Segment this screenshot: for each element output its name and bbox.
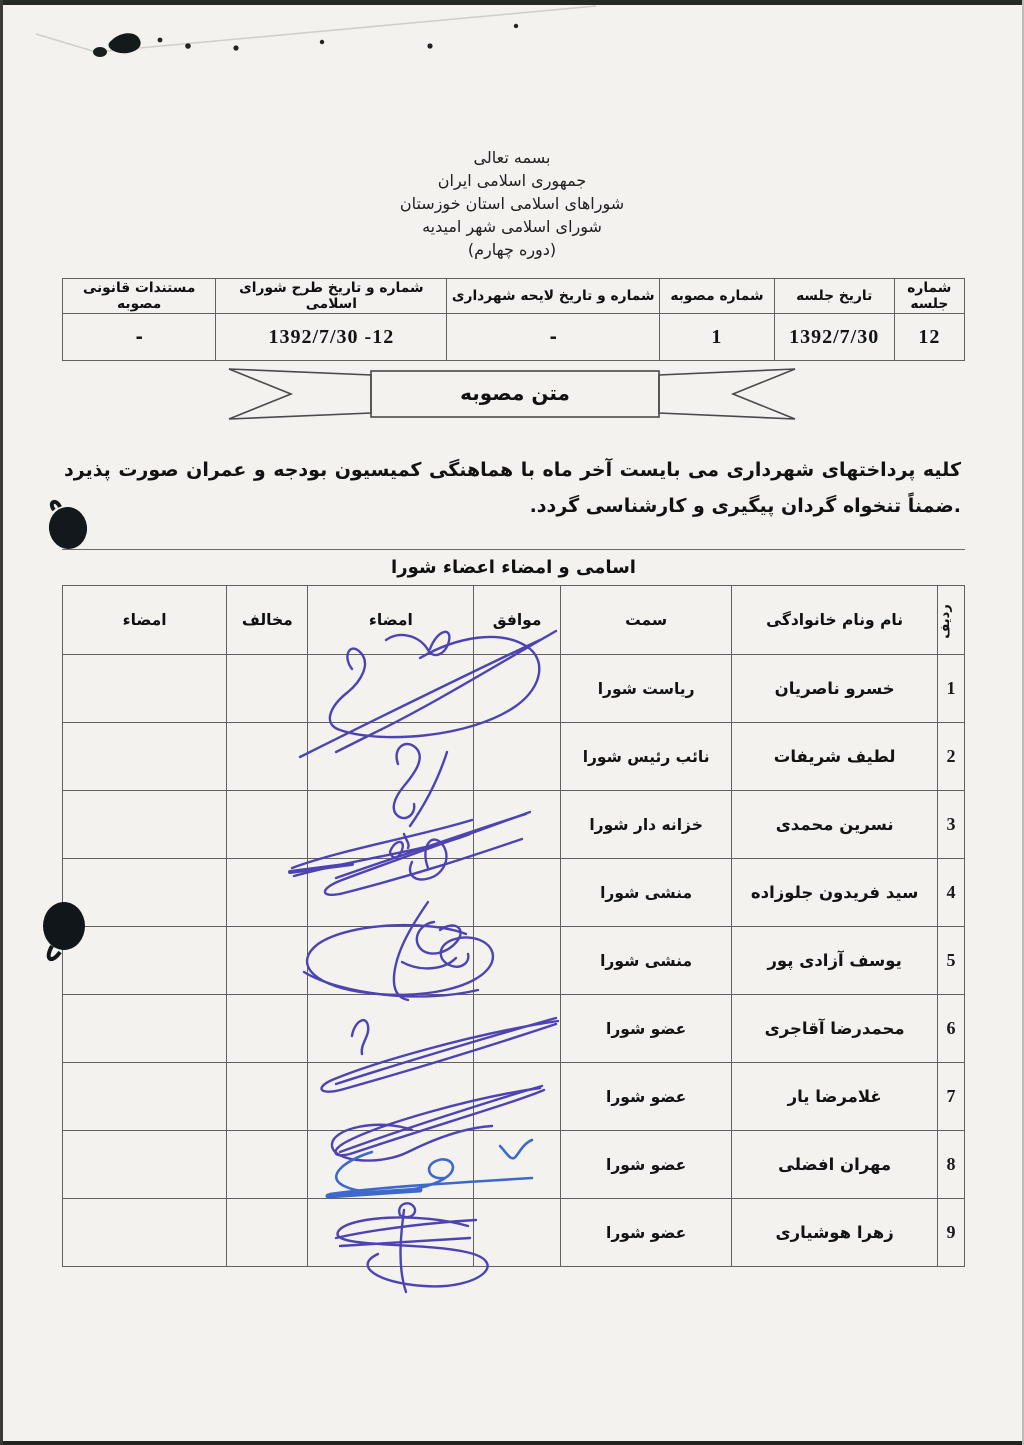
member-name: مهران افضلی [732, 1131, 938, 1199]
letterhead-republic: جمهوری اسلامی ایران [0, 169, 1024, 192]
legal-refs-value: - [63, 314, 216, 361]
signature-b-cell [63, 1131, 227, 1199]
agree-cell [474, 655, 561, 723]
col-position: سمت [560, 586, 731, 655]
info-value-row: 12 1392/7/30 1 - 1392/7/30 -12 - [63, 314, 965, 361]
signature-cell [308, 1063, 474, 1131]
scan-edge-top [0, 0, 1024, 5]
member-position: خزانه دار شورا [560, 791, 731, 859]
ink-speck-icon [185, 43, 191, 49]
letterhead-bismillah: بسمه تعالی [0, 146, 1024, 169]
signature-cell [308, 723, 474, 791]
meeting-info-table: شماره جلسه تاریخ جلسه شماره مصوبه شماره … [62, 278, 965, 361]
member-row: 7 غلامرضا یار عضو شورا [63, 1063, 965, 1131]
member-row: 5 یوسف آزادی پور منشی شورا [63, 927, 965, 995]
info-col-resolution-no: شماره مصوبه [660, 279, 775, 314]
resolution-no-value: 1 [660, 314, 775, 361]
col-agree: موافق [474, 586, 561, 655]
row-no: 2 [937, 723, 964, 791]
member-name: زهرا هوشیاری [732, 1199, 938, 1267]
info-header-row: شماره جلسه تاریخ جلسه شماره مصوبه شماره … [63, 279, 965, 314]
member-row: 8 مهران افضلی عضو شورا [63, 1131, 965, 1199]
member-position: منشی شورا [560, 859, 731, 927]
info-col-legal-refs: مستندات قانونی مصوبه [63, 279, 216, 314]
ink-blot-icon [93, 47, 107, 57]
signature-b-cell [63, 791, 227, 859]
row-no: 7 [937, 1063, 964, 1131]
signature-cell [308, 1131, 474, 1199]
ink-speck-icon [158, 38, 163, 43]
row-no: 4 [937, 859, 964, 927]
member-row: 2 لطیف شریفات نائب رئیس شورا [63, 723, 965, 791]
agree-cell [474, 791, 561, 859]
oppose-cell [227, 655, 308, 723]
resolution-text: کلیه پرداختهای شهرداری می بایست آخر ماه … [64, 452, 961, 524]
letterhead-province-councils: شوراهای اسلامی استان خوزستان [0, 192, 1024, 215]
col-signature-a: امضاء [308, 586, 474, 655]
ink-speck-icon [320, 40, 324, 44]
col-signature-b: امضاء [63, 586, 227, 655]
ink-blot-icon [109, 33, 141, 53]
signature-b-cell [63, 859, 227, 927]
resolution-banner: متن مصوبه [227, 366, 797, 422]
row-no: 5 [937, 927, 964, 995]
signature-b-cell [63, 927, 227, 995]
info-col-bill-no-date: شماره و تاریخ لایحه شهرداری [447, 279, 660, 314]
oppose-cell [227, 927, 308, 995]
agree-cell [474, 927, 561, 995]
member-position: عضو شورا [560, 1199, 731, 1267]
member-name: خسرو ناصریان [732, 655, 938, 723]
info-col-session-no: شماره جلسه [894, 279, 964, 314]
member-position: عضو شورا [560, 995, 731, 1063]
signature-cell [308, 791, 474, 859]
row-no: 1 [937, 655, 964, 723]
member-name: غلامرضا یار [732, 1063, 938, 1131]
signature-cell [308, 655, 474, 723]
member-name: یوسف آزادی پور [732, 927, 938, 995]
member-position: ریاست شورا [560, 655, 731, 723]
signature-b-cell [63, 723, 227, 791]
oppose-cell [227, 859, 308, 927]
ink-speck-icon [233, 45, 238, 50]
signature-b-cell [63, 1199, 227, 1267]
member-row: 1 خسرو ناصریان ریاست شورا [63, 655, 965, 723]
members-signature-table: ردیف نام ونام خانوادگی سمت موافق امضاء م… [62, 585, 965, 1267]
info-col-plan-no-date: شماره و تاریخ طرح شورای اسلامی [216, 279, 447, 314]
members-header-row: ردیف نام ونام خانوادگی سمت موافق امضاء م… [63, 586, 965, 655]
scan-edge-bottom [0, 1441, 1024, 1445]
member-row: 6 محمدرضا آقاجری عضو شورا [63, 995, 965, 1063]
signature-cell [308, 1199, 474, 1267]
member-position: عضو شورا [560, 1131, 731, 1199]
ink-blob-tail-icon [49, 946, 60, 959]
member-row: 4 سید فریدون جلوزاده منشی شورا [63, 859, 965, 927]
scratch-mark-icon [36, 6, 596, 52]
members-section-title: اسامی و امضاء اعضاء شورا [62, 549, 965, 578]
letterhead: بسمه تعالی جمهوری اسلامی ایران شوراهای ا… [0, 146, 1024, 261]
member-position: نائب رئیس شورا [560, 723, 731, 791]
member-name: سید فریدون جلوزاده [732, 859, 938, 927]
session-no-value: 12 [894, 314, 964, 361]
banner-title: متن مصوبه [371, 370, 659, 416]
session-date-value: 1392/7/30 [774, 314, 894, 361]
member-name: لطیف شریفات [732, 723, 938, 791]
oppose-cell [227, 723, 308, 791]
plan-no-date-value: 1392/7/30 -12 [216, 314, 447, 361]
agree-cell [474, 723, 561, 791]
oppose-cell [227, 791, 308, 859]
ink-speck-icon [427, 43, 432, 48]
signature-cell [308, 927, 474, 995]
signature-cell [308, 859, 474, 927]
signature-b-cell [63, 655, 227, 723]
agree-cell [474, 1199, 561, 1267]
ink-blob-tail-icon [52, 502, 60, 510]
member-position: منشی شورا [560, 927, 731, 995]
row-no: 3 [937, 791, 964, 859]
member-row: 9 زهرا هوشیاری عضو شورا [63, 1199, 965, 1267]
col-name: نام ونام خانوادگی [732, 586, 938, 655]
scanned-document-page: بسمه تعالی جمهوری اسلامی ایران شوراهای ا… [0, 0, 1024, 1445]
oppose-cell [227, 1199, 308, 1267]
agree-cell [474, 995, 561, 1063]
member-row: 3 نسرین محمدی خزانه دار شورا [63, 791, 965, 859]
member-name: نسرین محمدی [732, 791, 938, 859]
ink-speck-icon [514, 24, 518, 28]
member-position: عضو شورا [560, 1063, 731, 1131]
agree-cell [474, 1131, 561, 1199]
signature-cell [308, 995, 474, 1063]
oppose-cell [227, 1131, 308, 1199]
bill-no-date-value: - [447, 314, 660, 361]
signature-b-cell [63, 995, 227, 1063]
row-no: 8 [937, 1131, 964, 1199]
oppose-cell [227, 1063, 308, 1131]
letterhead-term: (دوره چهارم) [0, 238, 1024, 261]
col-oppose: مخالف [227, 586, 308, 655]
agree-cell [474, 1063, 561, 1131]
row-no: 6 [937, 995, 964, 1063]
info-col-session-date: تاریخ جلسه [774, 279, 894, 314]
member-name: محمدرضا آقاجری [732, 995, 938, 1063]
col-row-no: ردیف [937, 586, 964, 655]
letterhead-city-council: شورای اسلامی شهر امیدیه [0, 215, 1024, 238]
oppose-cell [227, 995, 308, 1063]
agree-cell [474, 859, 561, 927]
row-no: 9 [937, 1199, 964, 1267]
signature-b-cell [63, 1063, 227, 1131]
